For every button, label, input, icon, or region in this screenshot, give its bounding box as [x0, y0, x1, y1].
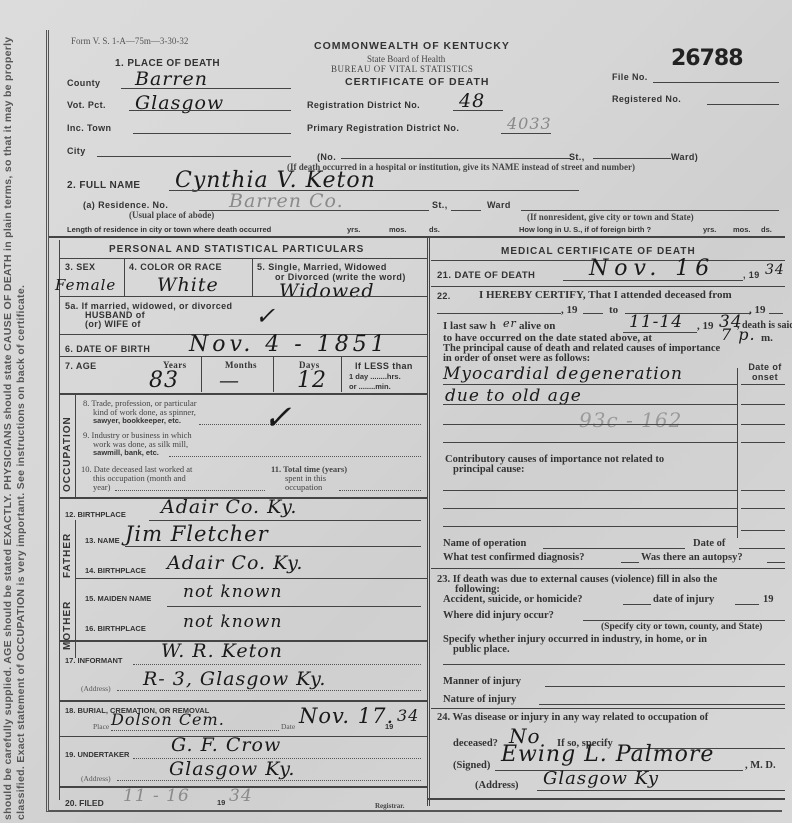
burial-year-prefix: 19	[385, 722, 393, 731]
burial-place-value: Dolson Cem.	[111, 710, 225, 729]
less-min-label: or ........min.	[349, 382, 391, 391]
contributory-2: principal cause:	[453, 464, 524, 475]
registration-district-value: 48	[459, 90, 485, 112]
undertaker-address-label: (Address)	[81, 774, 111, 783]
race-value: White	[157, 274, 219, 296]
father-name-value: Jim Fletcher	[125, 522, 269, 546]
nature-label: Nature of injury	[443, 694, 516, 705]
occupation-vertical-label: OCCUPATION	[62, 416, 73, 492]
accident-label: Accident, suicide, or homicide?	[443, 594, 583, 605]
certify-num: 22.	[437, 291, 451, 301]
registered-no-label: Registered No.	[612, 94, 681, 104]
trade-label-3: sawyer, bookkeeper, etc.	[93, 416, 181, 425]
us-yrs-label: yrs.	[703, 225, 716, 234]
residence-label: (a) Residence. No.	[83, 200, 168, 210]
filed-year-value: 34	[229, 786, 253, 806]
physician-signature: Ewing L. Palmore	[501, 742, 714, 767]
registrar-label: Registrar.	[375, 802, 404, 810]
less-than-label: If LESS than	[355, 361, 413, 371]
autopsy-label: Was there an autopsy?	[641, 552, 743, 563]
us-ds-label: ds.	[761, 225, 772, 234]
mother-vertical-label: MOTHER	[62, 601, 73, 650]
signed-label: (Signed)	[453, 760, 490, 771]
spouse-label-3: (or) WIFE of	[85, 319, 141, 329]
manner-label: Manner of injury	[443, 676, 521, 687]
father-birthplace-label: 14. BIRTHPLACE	[85, 566, 146, 575]
spouse-value: ✓	[255, 302, 276, 330]
father-birthplace-value: Adair Co. Ky.	[167, 552, 303, 574]
md-label: , M. D.	[745, 760, 776, 771]
margin-instructions: should be carefully supplied. AGE should…	[2, 20, 28, 820]
test-label: What test confirmed diagnosis?	[443, 552, 584, 563]
principal-cause-2: in order of onset were as follows:	[443, 353, 590, 364]
age-days-value: 12	[297, 368, 327, 393]
ward-label: Ward)	[671, 152, 698, 162]
burial-date-value: Nov. 17.	[299, 704, 394, 728]
cause-code: 93c - 162	[579, 408, 682, 432]
file-no-label: File No.	[612, 72, 648, 82]
board-of-health: State Board of Health	[367, 54, 445, 64]
certify-text: I HEREBY CERTIFY, That I attended deceas…	[479, 289, 732, 301]
sex-value: Female	[55, 276, 116, 294]
deceased-label: deceased?	[453, 738, 498, 749]
time-value: 7 p.	[721, 325, 756, 344]
age-months-value: —	[219, 368, 240, 392]
age-label: 7. AGE	[65, 361, 97, 371]
occupation-related-label: 24. Was disease or injury in any way rel…	[437, 712, 708, 723]
city-label: City	[67, 146, 86, 156]
burial-date-label: Date	[281, 722, 295, 731]
primary-registration-label: Primary Registration District No.	[307, 123, 459, 133]
bureau-title: BUREAU OF VITAL STATISTICS	[331, 64, 473, 74]
physician-address-label: (Address)	[475, 780, 519, 791]
mos-label: mos.	[389, 225, 407, 234]
birthplace-value: Adair Co. Ky.	[161, 496, 297, 518]
injury-year: 19	[763, 594, 774, 605]
mother-birthplace-value: not known	[183, 612, 282, 632]
foreign-birth-label: How long in U. S., if of foreign birth ?	[519, 225, 651, 234]
occupation-value: ✓	[263, 398, 293, 438]
physician-address-value: Glasgow Ky	[543, 768, 659, 789]
nonresident-note: (If nonresident, give city or town and S…	[527, 212, 694, 222]
form-code: Form V. S. 1-A—75m—3-30-32	[71, 36, 188, 46]
commonwealth-title: COMMONWEALTH OF KENTUCKY	[314, 40, 510, 52]
dod-label: 21. DATE OF DEATH	[437, 270, 535, 281]
county-value: Barren	[135, 68, 208, 90]
residence-st-label: St.,	[432, 200, 448, 210]
filed-label: 20. FILED	[65, 798, 104, 808]
dob-label: 6. DATE OF BIRTH	[65, 344, 150, 354]
last-worked-label-3: year)	[93, 482, 110, 492]
undertaker-label: 19. UNDERTAKER	[65, 750, 129, 759]
specify-place: (Specify city or town, county, and State…	[601, 622, 762, 632]
dod-value: Nov. 16	[589, 256, 715, 281]
operation-date-label: Date of	[693, 538, 725, 549]
certificate-form: Form V. S. 1-A—75m—3-30-32 COMMONWEALTH …	[46, 30, 782, 812]
informant-address-label: (Address)	[81, 684, 111, 693]
filed-value: 11 - 16	[123, 786, 190, 806]
industry-label-3: sawmill, bank, etc.	[93, 448, 159, 457]
full-name-label: 2. FULL NAME	[67, 180, 141, 191]
race-label: 4. COLOR OR RACE	[129, 262, 222, 272]
burial-place-label: Place	[93, 722, 109, 731]
father-vertical-label: FATHER	[62, 533, 73, 578]
mother-birthplace-label: 16. BIRTHPLACE	[85, 624, 146, 633]
residence-ward-label: Ward	[487, 200, 511, 210]
vot-pct-label: Vot. Pct.	[67, 100, 106, 110]
cause-line-1: Myocardial degeneration	[443, 364, 683, 384]
marital-value: Widowed	[279, 280, 375, 302]
dob-value: Nov. 4 - 1851	[189, 332, 389, 357]
attended-from-year: , 19	[561, 304, 578, 316]
informant-value: W. R. Keton	[161, 640, 283, 662]
attended-to-year: , 19	[749, 304, 766, 316]
certificate-title: CERTIFICATE OF DEATH	[345, 76, 489, 88]
personal-section-title: PERSONAL AND STATISTICAL PARTICULARS	[109, 244, 364, 255]
mother-maiden-label: 15. MAIDEN NAME	[85, 594, 151, 603]
registration-district-label: Registration District No.	[307, 100, 420, 110]
last-saw-year-prefix: , 19	[697, 320, 714, 332]
father-name-label: 13. NAME	[85, 536, 120, 545]
last-saw-her: er	[503, 317, 517, 330]
last-saw-label: I last saw h	[443, 320, 496, 332]
last-saw-alive: alive on	[519, 320, 555, 332]
residence-value: Barren Co.	[229, 190, 344, 212]
informant-address-value: R- 3, Glasgow Ky.	[143, 668, 326, 690]
undertaker-address-value: Glasgow Ky.	[169, 758, 295, 780]
death-certificate-page: should be carefully supplied. AGE should…	[0, 0, 792, 823]
filed-year-prefix: 19	[217, 798, 225, 807]
informant-label: 17. INFORMANT	[65, 656, 123, 665]
sex-label: 3. SEX	[65, 262, 95, 272]
less-day-label: 1 day ........hrs.	[349, 372, 401, 381]
attended-to-label: to	[609, 304, 618, 316]
operation-label: Name of operation	[443, 538, 526, 549]
primary-registration-value: 4033	[507, 114, 552, 133]
dod-year-value: 34	[765, 262, 785, 278]
length-residence-label: Length of residence in city or town wher…	[67, 225, 271, 234]
street-no-label: (No.	[317, 152, 336, 162]
burial-year-value: 34	[397, 706, 419, 725]
date-injury-label: date of injury	[653, 594, 714, 605]
yrs-label: yrs.	[347, 225, 360, 234]
inc-town-label: Inc. Town	[67, 123, 111, 133]
age-years-value: 83	[149, 368, 179, 393]
county-label: County	[67, 78, 100, 88]
ds-label: ds.	[429, 225, 440, 234]
last-saw-value: 11-14	[629, 312, 683, 332]
date-of-onset-label: Date of onset	[745, 362, 785, 382]
st-label: St.,	[569, 152, 585, 162]
cause-line-2: due to old age	[445, 386, 582, 406]
m-label: m.	[761, 332, 773, 344]
total-time-label-3: occupation	[285, 482, 322, 492]
dod-year-prefix: , 19	[743, 270, 760, 280]
file-number: 26788	[671, 46, 743, 71]
mother-maiden-value: not known	[183, 582, 282, 602]
marital-label-1: 5. Single, Married, Widowed	[257, 262, 387, 272]
specify-whether-2: public place.	[453, 644, 510, 655]
us-mos-label: mos.	[733, 225, 751, 234]
where-injury-label: Where did injury occur?	[443, 610, 554, 621]
birthplace-label: 12. BIRTHPLACE	[65, 510, 126, 519]
undertaker-value: G. F. Crow	[171, 734, 281, 756]
residence-sub: (Usual place of abode)	[129, 210, 214, 220]
